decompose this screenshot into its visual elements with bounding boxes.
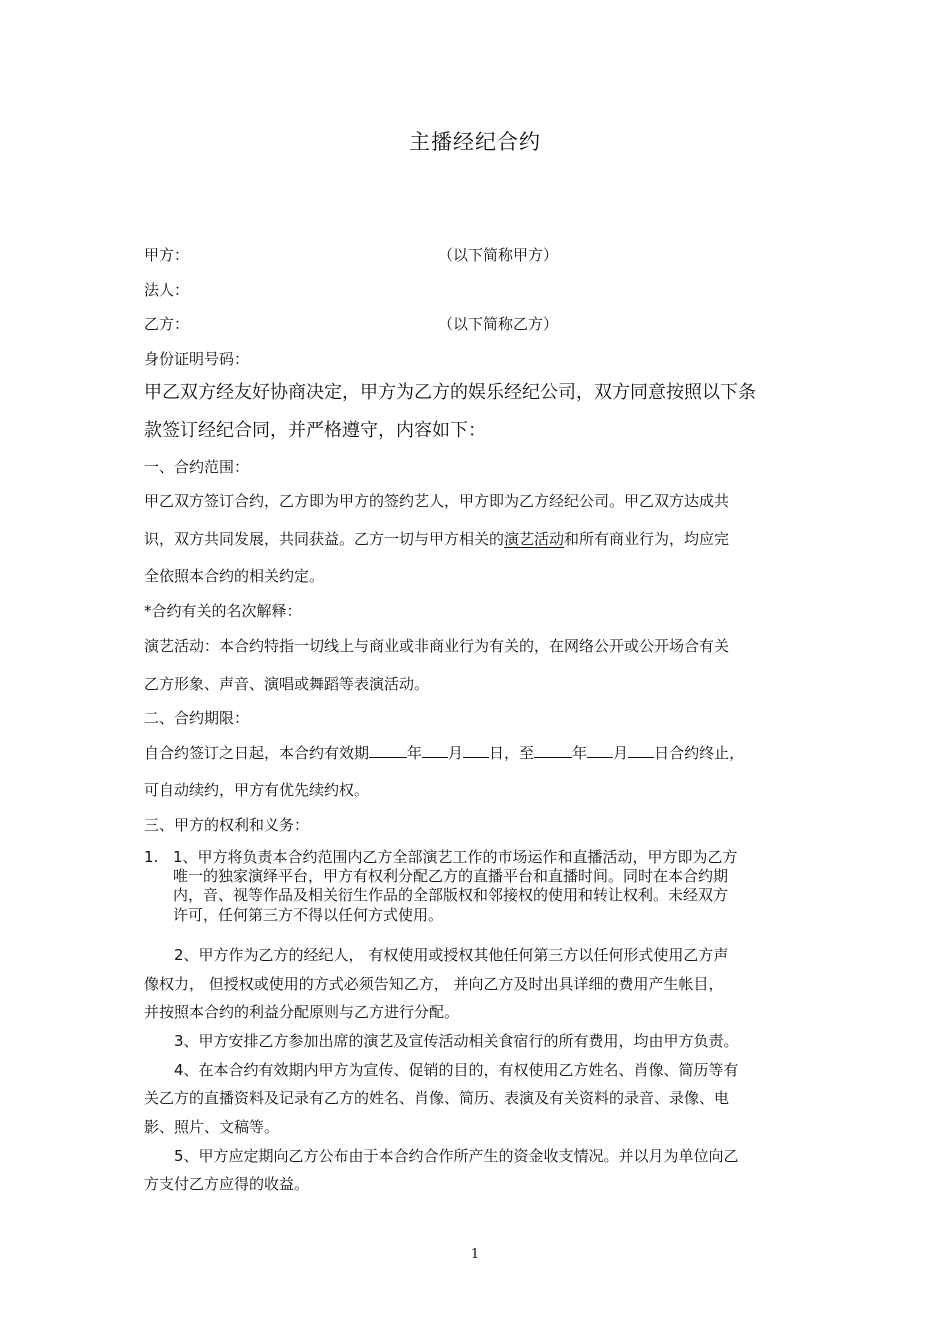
intro-line-1: 甲乙双方经友好协商决定，甲方为乙方的娱乐经纪公司，双方同意按照以下条 [144, 381, 756, 405]
item-5-line-1: 5、甲方应定期向乙方公布由于本合约合作所产生的资金收支情况。并以月为单位向乙 [144, 1146, 739, 1166]
legal-representative-label: 法人： [144, 280, 189, 300]
performance-activity-term: 演艺活动 [504, 530, 564, 548]
document-page: 主播经纪合约 甲方： （以下简称甲方） 法人： 乙方： （以下简称乙方） 身份证… [0, 0, 950, 1344]
year-label: 年 [407, 744, 422, 762]
start-month-blank[interactable] [422, 743, 448, 758]
item-1-line-2: 唯一的独家演绎平台，甲方有权利分配乙方的直播平台和直播时间。同时在本合约期 [173, 866, 728, 886]
year-label: 年 [572, 744, 587, 762]
start-day-blank[interactable] [463, 743, 489, 758]
end-year-blank[interactable] [534, 743, 572, 758]
section-1-line-2-after: 和所有商业行为，均应完 [564, 530, 729, 548]
item-2-line-2: 像权力， 但授权或使用的方式必须告知乙方， 并向乙方及时出具详细的费用产生帐目， [144, 974, 724, 994]
party-a-label: 甲方： [144, 245, 189, 265]
item-4-line-1: 4、在本合约有效期内甲方为宣传、促销的目的，有权使用乙方姓名、肖像、简历等有 [144, 1060, 739, 1080]
document-title: 主播经纪合约 [0, 126, 950, 156]
section-1-line-1: 甲乙双方签订合约，乙方即为甲方的签约艺人，甲方即为乙方经纪公司。甲乙双方达成共 [144, 491, 729, 511]
item-4-line-2: 关乙方的直播资料及记录有乙方的姓名、肖像、简历、表演及有关资料的录音、录像、电 [144, 1088, 729, 1108]
id-number-label: 身份证明号码： [144, 349, 249, 369]
day-label: 日合约终止， [654, 744, 744, 762]
day-label: 日，至 [489, 744, 534, 762]
party-b-note: （以下简称乙方） [438, 314, 558, 334]
item-5-line-2: 方支付乙方应得的收益。 [144, 1174, 309, 1194]
party-b-label: 乙方： [144, 314, 189, 334]
definitions-heading: *合约有关的名次解释： [144, 601, 302, 621]
list-number: 1. [144, 847, 158, 867]
party-a-note: （以下简称甲方） [438, 245, 558, 265]
intro-line-2: 款签订经纪合同，并严格遵守，内容如下： [144, 419, 486, 443]
section-1-line-3: 全依照本合约的相关约定。 [144, 566, 324, 586]
item-2-line-3: 并按照本合约的利益分配原则与乙方进行分配。 [144, 1002, 459, 1022]
end-day-blank[interactable] [628, 743, 654, 758]
section-2-heading: 二、合约期限： [144, 708, 249, 728]
item-1-line-3: 内，音、视等作品及相关衍生作品的全部版权和邻接权的使用和转让权利。未经双方 [173, 885, 728, 905]
contract-term-line: 自合约签订之日起，本合约有效期年月日，至年月日合约终止， [144, 743, 744, 763]
item-4-line-3: 影、照片、文稿等。 [144, 1117, 279, 1137]
page-number: 1 [0, 1247, 950, 1262]
item-1-line-1: 1、甲方将负责本合约范围内乙方全部演艺工作的市场运作和直播活动，甲方即为乙方 [173, 847, 738, 867]
month-label: 月 [613, 744, 628, 762]
definition-line-2: 乙方形象、声音、演唱或舞蹈等表演活动。 [144, 674, 429, 694]
section-1-line-2-before: 识，双方共同发展，共同获益。乙方一切与甲方相关的 [144, 530, 504, 548]
section-3-heading: 三、甲方的权利和义务： [144, 815, 309, 835]
renewal-line: 可自动续约，甲方有优先续约权。 [144, 780, 369, 800]
section-1-line-2: 识，双方共同发展，共同获益。乙方一切与甲方相关的演艺活动和所有商业行为，均应完 [144, 529, 729, 549]
term-prefix: 自合约签订之日起，本合约有效期 [144, 744, 369, 762]
end-month-blank[interactable] [587, 743, 613, 758]
item-3-line-1: 3、甲方安排乙方参加出席的演艺及宣传活动相关食宿行的所有费用，均由甲方负责。 [144, 1031, 739, 1051]
start-year-blank[interactable] [369, 743, 407, 758]
section-1-heading: 一、合约范围： [144, 457, 249, 477]
item-2-line-1: 2、甲方作为乙方的经纪人， 有权使用或授权其他任何第三方以任何形式使用乙方声 [144, 945, 728, 965]
month-label: 月 [448, 744, 463, 762]
definition-line-1: 演艺活动：本合约特指一切线上与商业或非商业行为有关的，在网络公开或公开场合有关 [144, 636, 729, 656]
item-1-line-4: 许可，任何第三方不得以任何方式使用。 [173, 905, 443, 925]
